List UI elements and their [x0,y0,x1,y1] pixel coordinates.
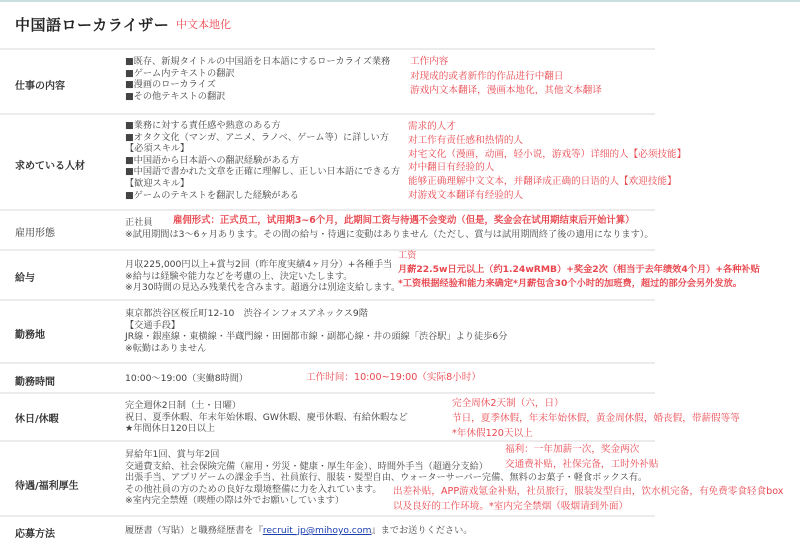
row-label: 求めている人材 [15,157,85,172]
annotation-line: 对现成的或者新作的作品进行中翻日 [410,70,602,85]
content-line: ■業務に対する責任感や熱意のある方 [125,120,400,132]
content-line: ■中国語で書かれた文章を正確に理解し、正しい日本語にできる方 [125,166,400,178]
annotation-employment-type: 雇佣形式：正式员工，试用期3~6个月，此期间工资与待遇不会变动（但是，奖金会在试… [173,213,635,229]
content-line: ■オタク文化（マンガ、アニメ、ラノベ、ゲーム等）に詳しい方 [125,132,400,144]
application-prefix: 履歴書（写貼）と職務経歴書を『 [125,525,263,536]
content-line: 【必須スキル】 [125,143,400,155]
content-line: JR線・銀座線・東横線・半蔵門線・田園都市線・副都心線・井の頭線「渋谷駅」より徒… [125,331,507,343]
row-content: 履歴書（写貼）と職務経歴書を『recruit_jp@mihoyo.com』までお… [125,525,472,537]
content-line: 【交通手段】 [125,320,507,332]
annotation-line: 月薪22.5w日元以上（约1.24wRMB）+奖金2次（相当于去年绩效4个月）+… [398,263,760,277]
annotation-working-hours: 工作时间：10:00~19:00（实际8小时） [306,370,481,386]
annotation-benefits-bottom: 出差补贴，APP游戏氪金补贴，社员旅行，服装发型自由，饮水机完备，有免费零食轻食… [393,484,783,514]
content-line: 完全週休2日制（土・日曜） [125,400,408,412]
row-label: 勤務時間 [15,373,55,388]
row-content: ■既存、新規タイトルの中国語を日本語にするローカライズ業務 ■ゲーム内テキストの… [125,56,390,102]
annotation-line: 游戏内文本翻译，漫画本地化，其他文本翻译 [410,84,602,99]
row-label: 勤務地 [15,326,45,341]
annotation-line: 完全周休2天制（六，日） [452,396,740,411]
content-line: ■既存、新規タイトルの中国語を日本語にするローカライズ業務 [125,56,390,68]
annotation-line: 出差补贴，APP游戏氪金补贴，社员旅行，服装发型自由，饮水机完备，有免费零食轻食… [393,484,783,499]
content-line: ■その他テキストの翻訳 [125,91,390,103]
row-work-location: 勤務地 東京都渋谷区桜丘町12-10 渋谷インフォスアネックス9階 【交通手段】… [0,299,655,364]
content-line: ■ゲームのテキストを翻訳した経験がある [125,190,400,202]
content-line: 祝日、夏季休暇、年末年始休暇、GW休暇、慶弔休暇、有給休暇など [125,412,408,424]
content-line: 月収225,000円以上+賞与2回（昨年度実績4ヶ月分）+各種手当 [125,259,400,271]
content-line: 【歓迎スキル】 [125,178,400,190]
annotation-line: 福利：一年加薪一次，奖金两次 [505,442,659,457]
page-title: 中国語ローカライザー [15,14,169,35]
content-line: ※月30時間の見込み残業代を含みます。超過分は別途支給します。 [125,282,400,294]
annotation-line: 对宅文化（漫画，动画，轻小说，游戏等）详细的人【必须技能】 [408,148,686,162]
row-label: 給与 [15,269,35,284]
row-label: 待遇/福利厚生 [15,477,79,492]
recruit-email-link[interactable]: recruit_jp@mihoyo.com [263,525,372,536]
annotation-line: *年休假120天以上 [452,426,740,441]
annotation-line: 工作内容 [410,55,602,70]
content-line: 出張手当、アプリゲームの課金手当、社員旅行、服装・髪型自由、ウォーターサーバー完… [125,472,647,484]
content-line: ■ゲーム内テキストの翻訳 [125,68,390,80]
annotation-benefits-top: 福利：一年加薪一次，奖金两次 交通费补贴，社保完备，工时外补贴 [505,442,659,472]
content-line: ※給与は経験や能力などを考慮の上、決定いたします。 [125,271,400,283]
row-label: 雇用形態 [15,224,55,239]
annotation-line: 需求的人才 [408,120,686,134]
row-content: 東京都渋谷区桜丘町12-10 渋谷インフォスアネックス9階 【交通手段】 JR線… [125,308,507,354]
content-line: ■中国語から日本語への翻訳経験がある方 [125,155,400,167]
row-content: 10:00〜19:00（実働8時間） [125,373,248,385]
annotation-line: 工作时间：10:00~19:00（实际8小时） [306,370,481,386]
annotation-line: *工资根据经验和能力来确定*月薪包含30个小时的加班费，超过的部分会另外发放。 [398,277,760,291]
row-application-method: 応募方法 履歴書（写貼）と職務経歴書を『recruit_jp@mihoyo.co… [0,515,655,542]
annotation-line: 节日，夏季休假，年末年始休假，黄金周休假，婚丧假，带薪假等等 [452,411,740,426]
row-label: 応募方法 [15,525,55,540]
content-line: 東京都渋谷区桜丘町12-10 渋谷インフォスアネックス9階 [125,308,507,320]
annotation-required-talent: 需求的人才 对工作有责任感和热情的人 对宅文化（漫画，动画，轻小说，游戏等）详细… [408,120,686,203]
annotation-job-description: 工作内容 对现成的或者新作的作品进行中翻日 游戏内文本翻译，漫画本地化，其他文本… [410,55,602,99]
row-content: 月収225,000円以上+賞与2回（昨年度実績4ヶ月分）+各種手当 ※給与は経験… [125,259,400,294]
annotation-holidays: 完全周休2天制（六，日） 节日，夏季休假，年末年始休假，黄金周休假，婚丧假，带薪… [452,396,740,441]
annotation-salary: 工资 月薪22.5w日元以上（约1.24wRMB）+奖金2次（相当于去年绩效4个… [398,249,760,291]
annotation-line: 雇佣形式：正式员工，试用期3~6个月，此期间工资与待遇不会变动（但是，奖金会在试… [173,213,635,229]
row-label: 休日/休暇 [15,410,59,425]
annotation-line: 能够正确理解中文文本，并翻译成正确的日语的人【欢迎技能】 [408,175,686,189]
row-content: 完全週休2日制（土・日曜） 祝日、夏季休暇、年末年始休暇、GW休暇、慶弔休暇、有… [125,400,408,435]
content-line: ■漫画のローカライズ [125,79,390,91]
annotation-line: 交通费补贴，社保完备，工时外补贴 [505,457,659,472]
content-line: ※転勤はありません [125,343,507,355]
title-annotation: 中文本地化 [176,16,231,32]
application-suffix: 』までお送りください。 [371,525,472,536]
row-content: ■業務に対する責任感や熱意のある方 ■オタク文化（マンガ、アニメ、ラノベ、ゲーム… [125,120,400,201]
annotation-line: 对工作有责任感和热情的人 [408,134,686,148]
content-line: 10:00〜19:00（実働8時間） [125,373,248,385]
content-line: ※試用期間は3〜6ヶ月あります。その間の給与・待遇に変動はありません（ただし、賞… [125,229,654,241]
annotation-line: 工资 [398,249,760,263]
annotation-line: 对中翻日有经验的人 [408,161,686,175]
top-border [0,0,800,2]
row-label: 仕事の内容 [15,77,65,92]
annotation-line: 对游戏文本翻译有经验的人 [408,189,686,203]
content-line: ★年間休日120日以上 [125,423,408,435]
annotation-line: 以及良好的工作环境。*室内完全禁烟（吸烟请到外面） [393,499,783,514]
